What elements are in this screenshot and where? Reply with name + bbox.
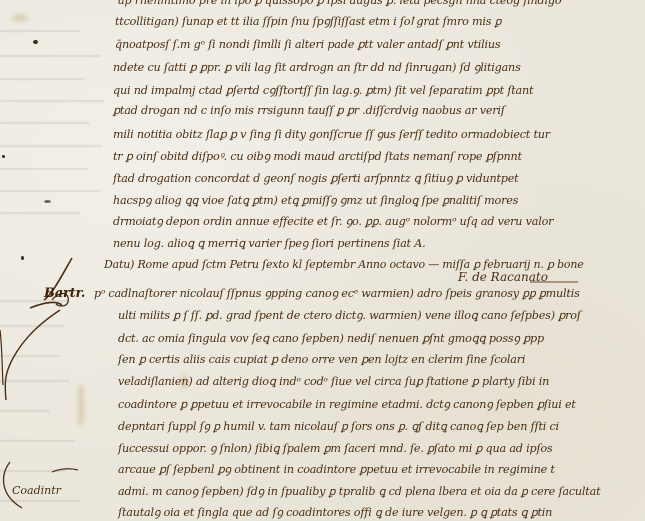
margin-bracket [0, 0, 645, 521]
margin-annotation: Coadintr [12, 484, 61, 497]
manuscript-page: ap̄ rnenmtimo pre in ipo ꝑ quissopo ꝑ ip… [0, 0, 645, 521]
